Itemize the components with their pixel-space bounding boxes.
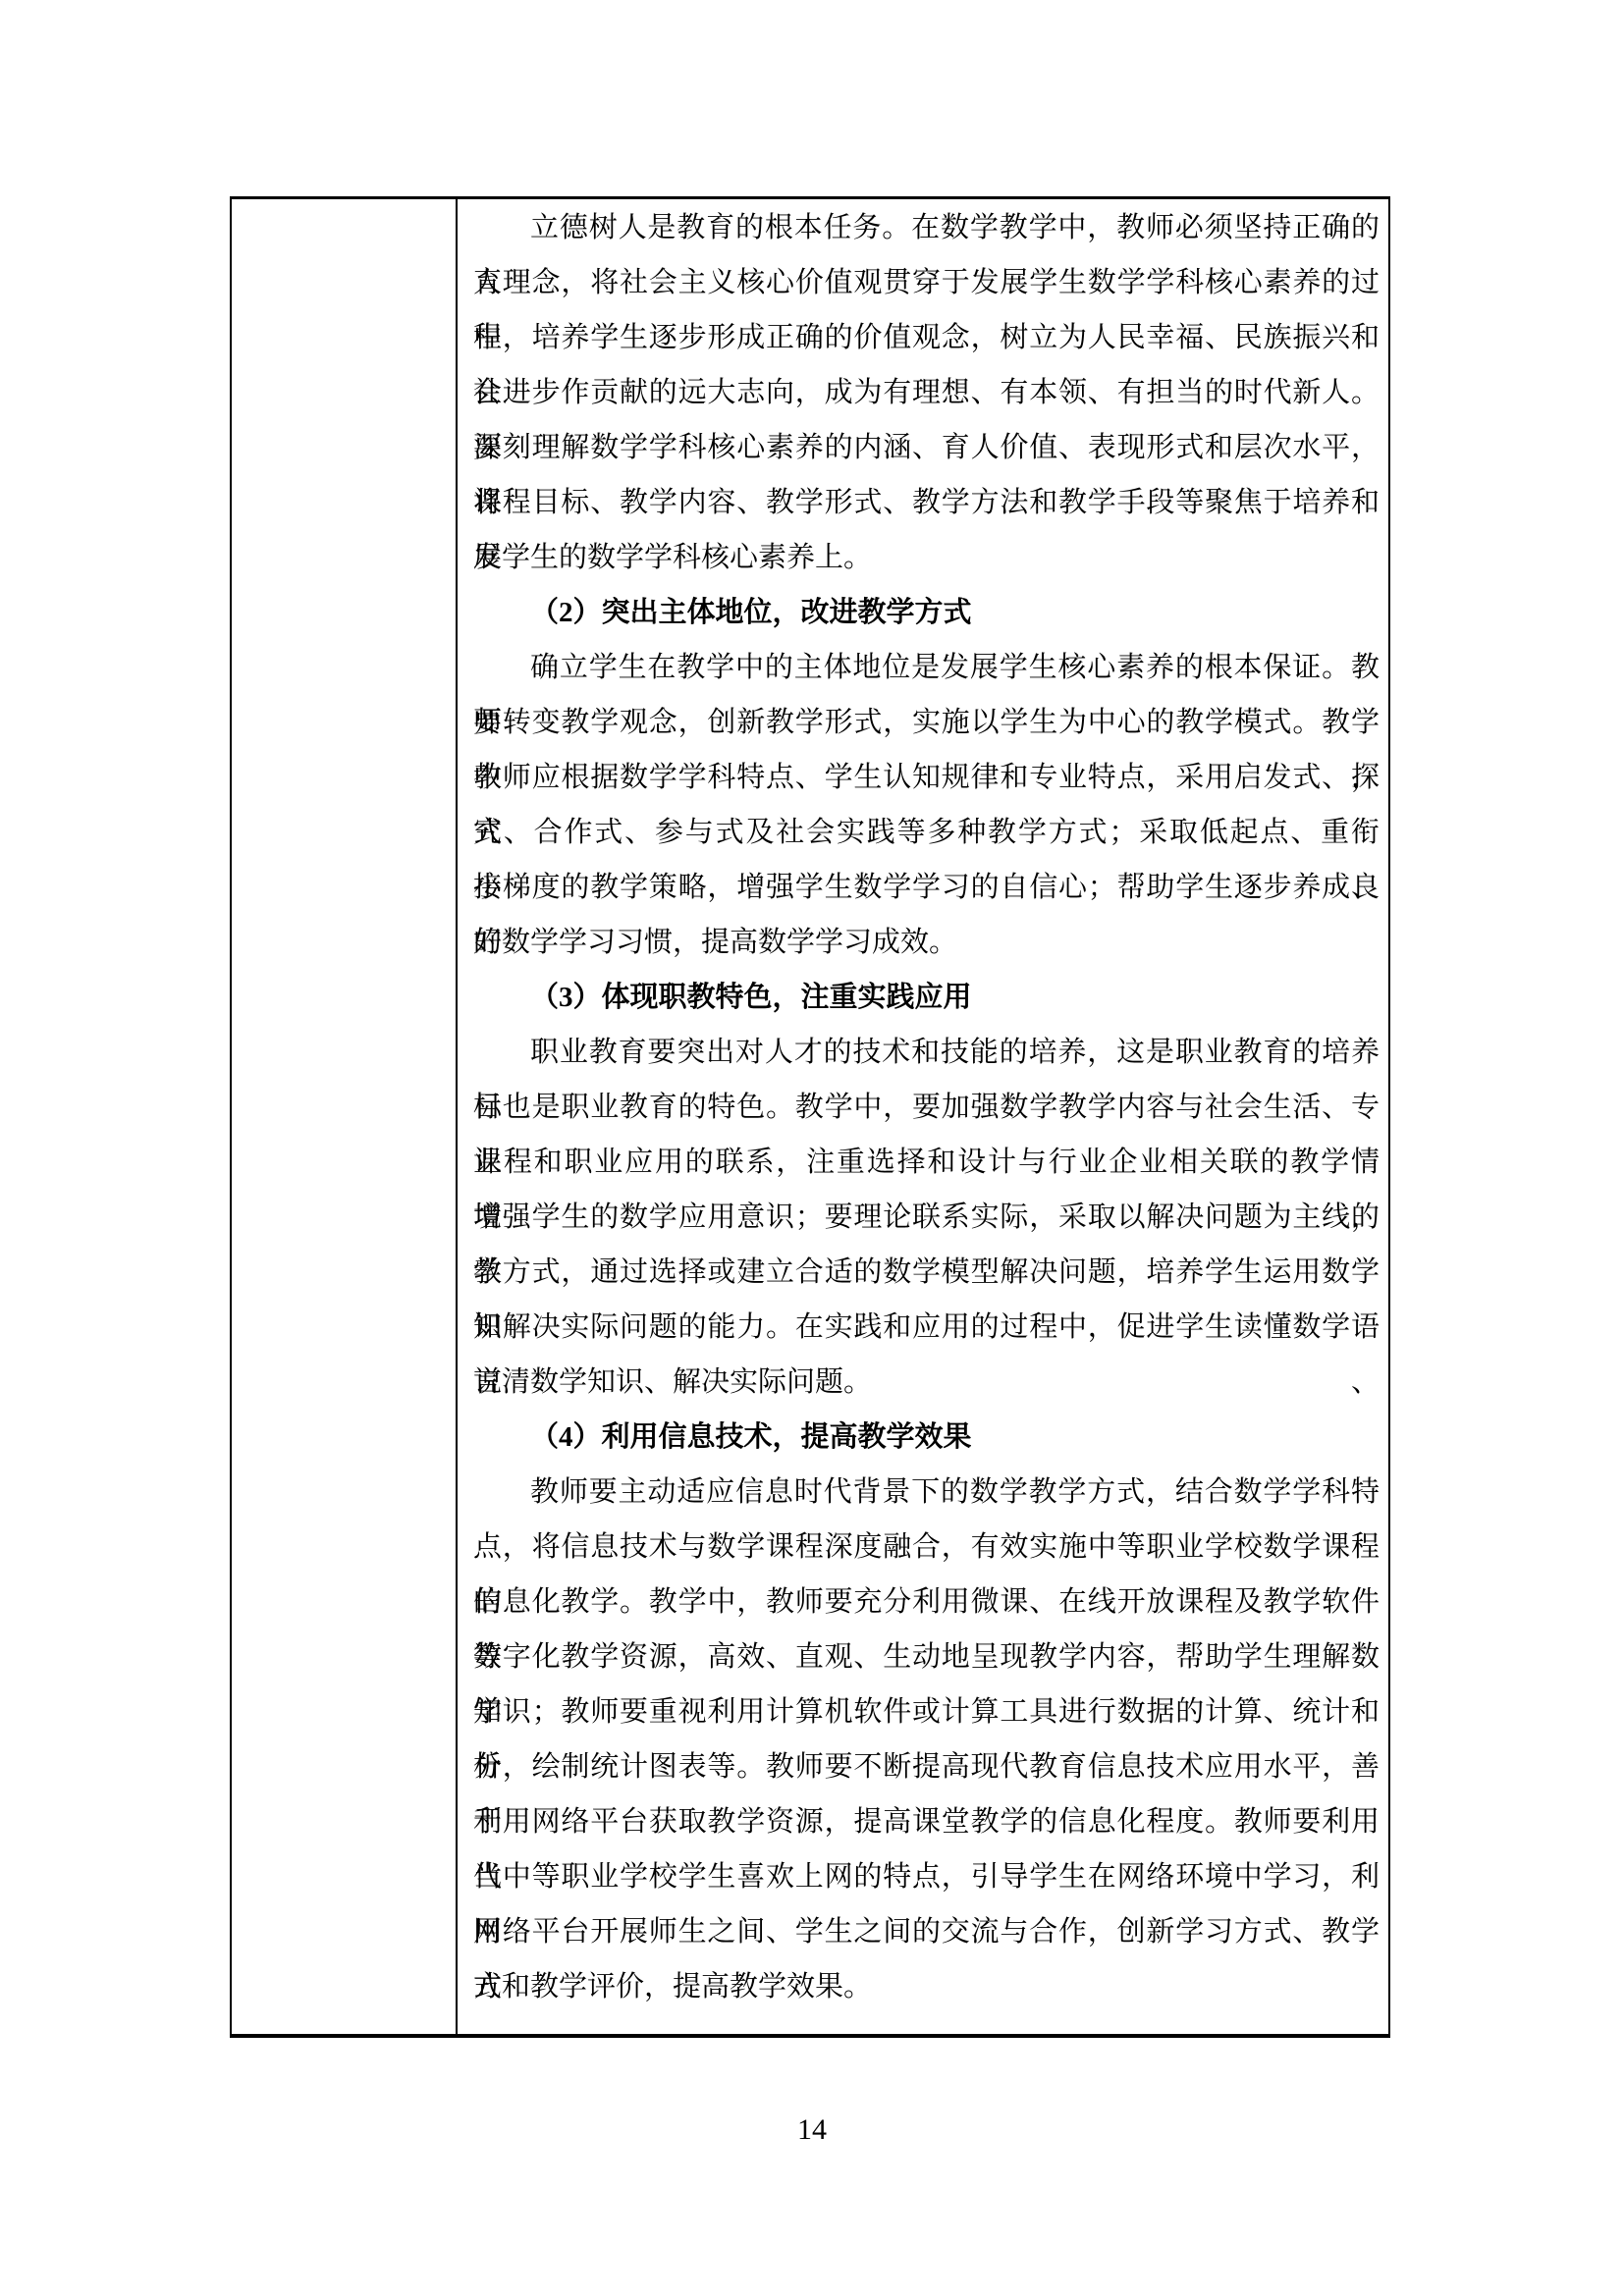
text-line: 人理念，将社会主义核心价值观贯穿于发展学生数学学科核心素养的过程 (473, 255, 1380, 310)
text-line: 网络平台开展师生之间、学生之间的交流与合作，创新学习方式、教学方 (473, 1904, 1380, 1959)
text-line: 数字化教学资源，高效、直观、生动地呈现教学内容，帮助学生理解数学 (473, 1629, 1380, 1684)
text-line: 会进步作贡献的远大志向，成为有理想、有本领、有担当的时代新人。要 (473, 365, 1380, 420)
text-line: 要转变教学观念，创新教学形式，实施以学生为中心的教学模式。教学中， (473, 695, 1380, 750)
text-line: 课程和职业应用的联系，注重选择和设计与行业企业相关联的教学情境， (473, 1135, 1380, 1190)
text-line: 标也是职业教育的特色。教学中，要加强数学教学内容与社会生活、专业 (473, 1080, 1380, 1135)
text-line: 的数学学习习惯，提高数学学习成效。 (473, 915, 1380, 970)
text-line: 析，绘制统计图表等。教师要不断提高现代教育信息技术应用水平，善于 (473, 1739, 1380, 1794)
text-line: 展学生的数学学科核心素养上。 (473, 530, 1380, 585)
text-line: 代中等职业学校学生喜欢上网的特点，引导学生在网络环境中学习，利用 (473, 1849, 1380, 1904)
text-line: 小梯度的教学策略，增强学生数学学习的自信心；帮助学生逐步养成良好 (473, 860, 1380, 915)
text-line: 教师要主动适应信息时代背景下的数学教学方式，结合数学学科特 (473, 1465, 1380, 1520)
text-line: 式、合作式、参与式及社会实践等多种教学方式；采取低起点、重衔接、 (473, 805, 1380, 860)
text-line: 课程目标、教学内容、教学形式、教学方法和教学手段等聚焦于培养和发 (473, 475, 1380, 530)
heading-line: （3）体现职教特色，注重实践应用 (473, 970, 1380, 1025)
text-line: 立德树人是教育的根本任务。在数学教学中，教师必须坚持正确的育 (473, 200, 1380, 255)
page-number: 14 (0, 2110, 1624, 2150)
text-line: 确立学生在教学中的主体地位是发展学生核心素养的根本保证。教师 (473, 640, 1380, 695)
text-line: 点，将信息技术与数学课程深度融合，有效实施中等职业学校数学课程的 (473, 1520, 1380, 1575)
text-line: 职业教育要突出对人才的技术和技能的培养，这是职业教育的培养目 (473, 1025, 1380, 1080)
document-page: { "page": { "number": "14" }, "table": {… (0, 0, 1624, 2296)
text-line: 知识；教师要重视利用计算机软件或计算工具进行数据的计算、统计和分 (473, 1684, 1380, 1739)
text-line: 教师应根据数学学科特点、学生认知规律和专业特点，采用启发式、探究 (473, 750, 1380, 805)
text-line: 信息化教学。教学中，教师要充分利用微课、在线开放课程及教学软件等 (473, 1575, 1380, 1629)
text-line: 学方式，通过选择或建立合适的数学模型解决问题，培养学生运用数学知 (473, 1245, 1380, 1300)
text-line: 识解决实际问题的能力。在实践和应用的过程中，促进学生读懂数学语言、 (473, 1300, 1380, 1355)
text-line: 式和教学评价，提高教学效果。 (473, 1959, 1380, 2014)
text-line: 中，培养学生逐步形成正确的价值观念，树立为人民幸福、民族振兴和社 (473, 310, 1380, 365)
table-cell-content: 立德树人是教育的根本任务。在数学教学中，教师必须坚持正确的育人理念，将社会主义核… (458, 199, 1388, 2034)
text-line: 利用网络平台获取教学资源，提高课堂教学的信息化程度。教师要利用当 (473, 1794, 1380, 1849)
heading-line: （4）利用信息技术，提高教学效果 (473, 1410, 1380, 1465)
heading-line: （2）突出主体地位，改进教学方式 (473, 585, 1380, 640)
table: 立德树人是教育的根本任务。在数学教学中，教师必须坚持正确的育人理念，将社会主义核… (230, 196, 1390, 2038)
text-line: 深刻理解数学学科核心素养的内涵、育人价值、表现形式和层次水平，将 (473, 420, 1380, 475)
text-line: 增强学生的数学应用意识；要理论联系实际，采取以解决问题为主线的教 (473, 1190, 1380, 1245)
table-cell-label (232, 199, 458, 2034)
